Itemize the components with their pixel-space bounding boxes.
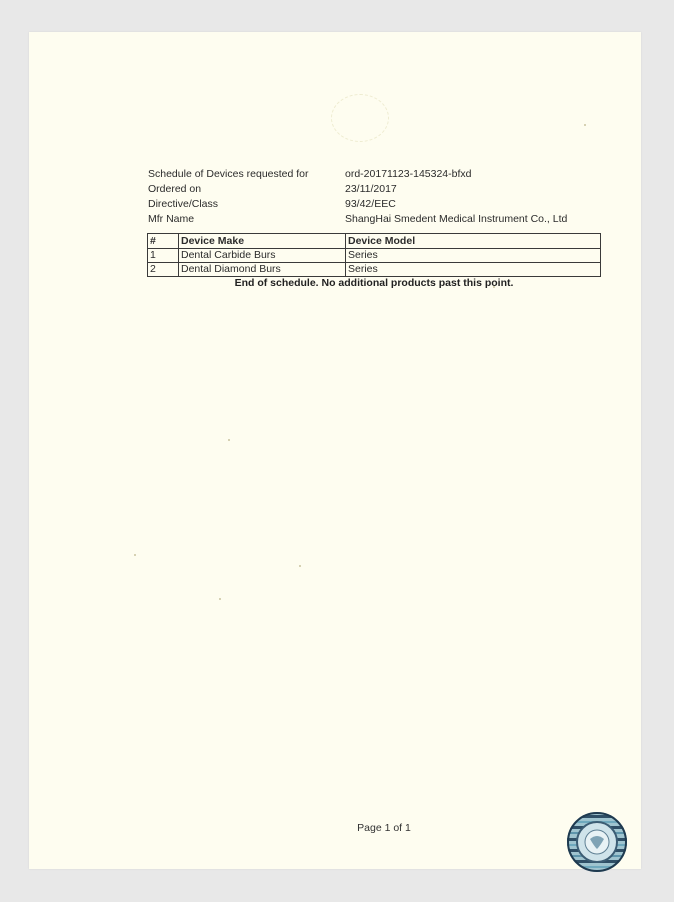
header-device-make: Device Make <box>179 234 346 249</box>
header-device-model: Device Model <box>346 234 601 249</box>
cell-device-make: Dental Carbide Burs <box>179 249 346 263</box>
scan-speck <box>493 286 495 288</box>
cell-device-make: Dental Diamond Burs <box>179 263 346 277</box>
document-page: Schedule of Devices requested for ord-20… <box>29 32 641 869</box>
hologram-seal-icon <box>566 811 628 873</box>
header-number: # <box>148 234 179 249</box>
table-row: 2 Dental Diamond Burs Series <box>148 263 601 277</box>
scan-speck <box>228 439 230 441</box>
embossed-seal-icon <box>331 94 389 142</box>
scan-speck <box>584 124 586 126</box>
metadata-label: Ordered on <box>148 182 345 197</box>
scan-speck <box>299 565 301 567</box>
cell-device-model: Series <box>346 263 601 277</box>
metadata-row-ordered-on: Ordered on 23/11/2017 <box>148 182 567 197</box>
cell-device-model: Series <box>346 249 601 263</box>
metadata-label: Mfr Name <box>148 212 345 227</box>
metadata-value: 93/42/EEC <box>345 197 396 212</box>
schedule-metadata: Schedule of Devices requested for ord-20… <box>148 167 567 227</box>
metadata-label: Directive/Class <box>148 197 345 212</box>
metadata-label: Schedule of Devices requested for <box>148 167 345 182</box>
metadata-value: 23/11/2017 <box>345 182 397 197</box>
cell-number: 1 <box>148 249 179 263</box>
scan-speck <box>134 554 136 556</box>
page-number: Page 1 of 1 <box>329 822 439 834</box>
metadata-row-mfr-name: Mfr Name ShangHai Smedent Medical Instru… <box>148 212 567 227</box>
metadata-row-directive: Directive/Class 93/42/EEC <box>148 197 567 212</box>
metadata-value: ShangHai Smedent Medical Instrument Co.,… <box>345 212 567 227</box>
cell-number: 2 <box>148 263 179 277</box>
metadata-row-schedule: Schedule of Devices requested for ord-20… <box>148 167 567 182</box>
devices-table: # Device Make Device Model 1 Dental Carb… <box>147 233 601 277</box>
end-of-schedule-note: End of schedule. No additional products … <box>147 277 601 289</box>
metadata-value: ord-20171123-145324-bfxd <box>345 167 472 182</box>
scan-speck <box>219 598 221 600</box>
table-row: 1 Dental Carbide Burs Series <box>148 249 601 263</box>
table-header-row: # Device Make Device Model <box>148 234 601 249</box>
